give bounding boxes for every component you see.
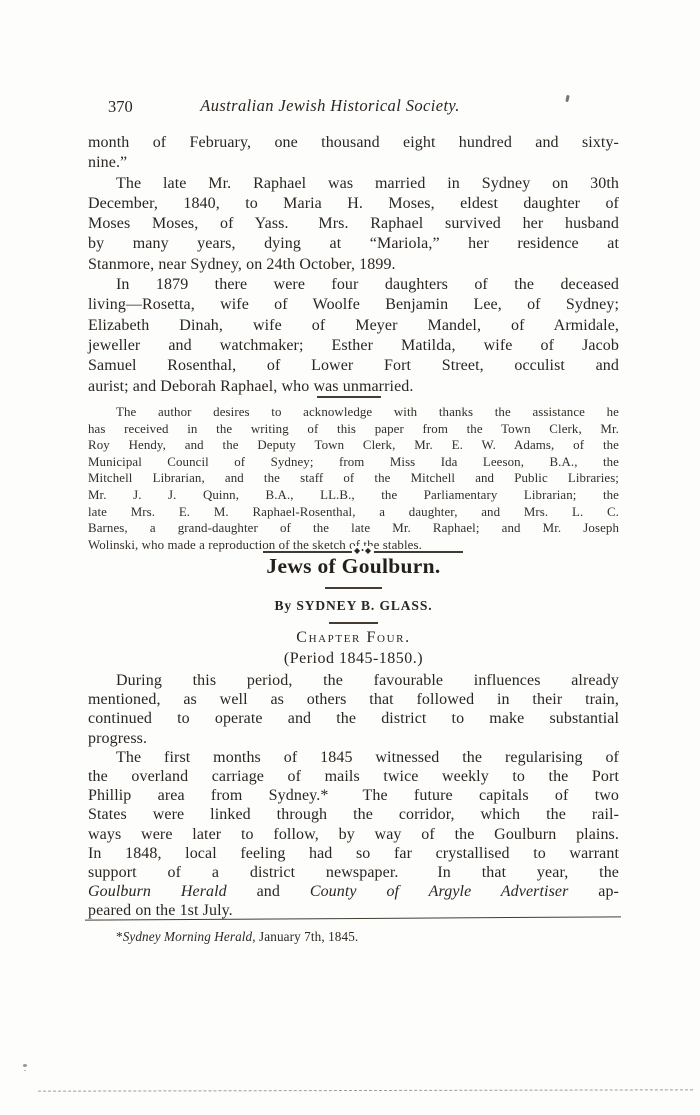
title-divider-rule [325, 587, 382, 589]
chapter-heading: Chapter Four. [88, 629, 619, 647]
text-run: , January 7th, 1845. [252, 929, 358, 944]
italic-text-run: Sydney Morning Herald [123, 929, 253, 944]
paragraph: month of February, one thousand eight hu… [88, 133, 619, 174]
text-line: During this period, the favourable influ… [88, 671, 619, 690]
text-line: Goulburn Herald and County of Argyle Adv… [88, 882, 619, 901]
text-line: support of a district newspaper. In that… [88, 863, 619, 882]
text-line: aurist; and Deborah Raphael, who was unm… [88, 377, 619, 397]
italic-text-run: County of Argyle Advertiser [310, 883, 569, 900]
text-line: Moses Moses, of Yass. Mrs. Raphael survi… [88, 214, 619, 234]
paragraph: During this period, the favourable influ… [88, 671, 619, 748]
text-line: Stanmore, near Sydney, on 24th October, … [88, 255, 619, 275]
text-line: living—Rosetta, wife of Woolfe Benjamin … [88, 295, 619, 315]
text-line: ways were later to follow, by way of the… [88, 825, 619, 844]
scanned-journal-page: 370 Australian Jewish Historical Society… [0, 0, 700, 1115]
article-ending-text: month of February, one thousand eight hu… [88, 133, 619, 397]
text-line: month of February, one thousand eight hu… [88, 133, 619, 153]
section-divider-rule [317, 396, 381, 398]
text-line: Mitchell Librarian, and the staff of the… [88, 470, 619, 487]
text-line: States were linked through the corridor,… [88, 805, 619, 824]
text-line: has received in the writing of this pape… [88, 421, 619, 438]
text-line: the overland carriage of mails twice wee… [88, 767, 619, 786]
acknowledgment-paragraph: The author desires to acknowledge with t… [88, 404, 619, 553]
journal-title: Australian Jewish Historical Society. [130, 96, 530, 116]
text-run: ap- [568, 883, 619, 900]
text-line: The first months of 1845 witnessed the r… [88, 748, 619, 767]
text-line: progress. [88, 729, 619, 748]
text-line: The author desires to acknowledge with t… [88, 404, 619, 421]
text-line: The late Mr. Raphael was married in Sydn… [88, 174, 619, 194]
text-run: * [116, 929, 123, 944]
article-byline: By SYDNEY B. GLASS. [88, 598, 619, 614]
text-run: and [227, 883, 310, 900]
text-line: mentioned, as well as others that follow… [88, 690, 619, 709]
text-line: Barnes, a grand-daughter of the late Mr.… [88, 520, 619, 537]
byline-divider-rule [329, 622, 378, 624]
text-line: *Sydney Morning Herald, January 7th, 184… [88, 929, 619, 945]
text-line: late Mrs. E. M. Raphael-Rosenthal, a dau… [88, 504, 619, 521]
text-line: Phillip area from Sydney.* The future ca… [88, 786, 619, 805]
scan-speck [23, 1064, 27, 1067]
text-line: December, 1840, to Maria H. Moses, eldes… [88, 194, 619, 214]
article-title: Jews of Goulburn. [88, 554, 619, 579]
text-line: jeweller and watchmaker; Esther Matilda,… [88, 336, 619, 356]
article-body-text: During this period, the favourable influ… [88, 671, 619, 921]
footnote: *Sydney Morning Herald, January 7th, 184… [88, 929, 619, 945]
scan-speck [565, 95, 569, 102]
paragraph: The first months of 1845 witnessed the r… [88, 748, 619, 921]
text-line: Roy Hendy, and the Deputy Town Clerk, Mr… [88, 437, 619, 454]
paragraph: The late Mr. Raphael was married in Sydn… [88, 174, 619, 275]
paragraph: In 1879 there were four daughters of the… [88, 275, 619, 397]
text-line: In 1848, local feeling had so far crysta… [88, 844, 619, 863]
text-line: nine.” [88, 153, 619, 173]
text-line: Samuel Rosenthal, of Lower Fort Street, … [88, 356, 619, 376]
page-edge-scan-artifact [38, 1089, 693, 1091]
text-line: In 1879 there were four daughters of the… [88, 275, 619, 295]
text-line: Elizabeth Dinah, wife of Meyer Mandel, o… [88, 316, 619, 336]
text-line: Municipal Council of Sydney; from Miss I… [88, 454, 619, 471]
text-line: by many years, dying at “Mariola,” her r… [88, 234, 619, 254]
text-line: Mr. J. J. Quinn, B.A., LL.B., the Parlia… [88, 487, 619, 504]
text-line: continued to operate and the district to… [88, 709, 619, 728]
period-heading: (Period 1845-1850.) [88, 650, 619, 668]
italic-text-run: Goulburn Herald [88, 883, 227, 900]
